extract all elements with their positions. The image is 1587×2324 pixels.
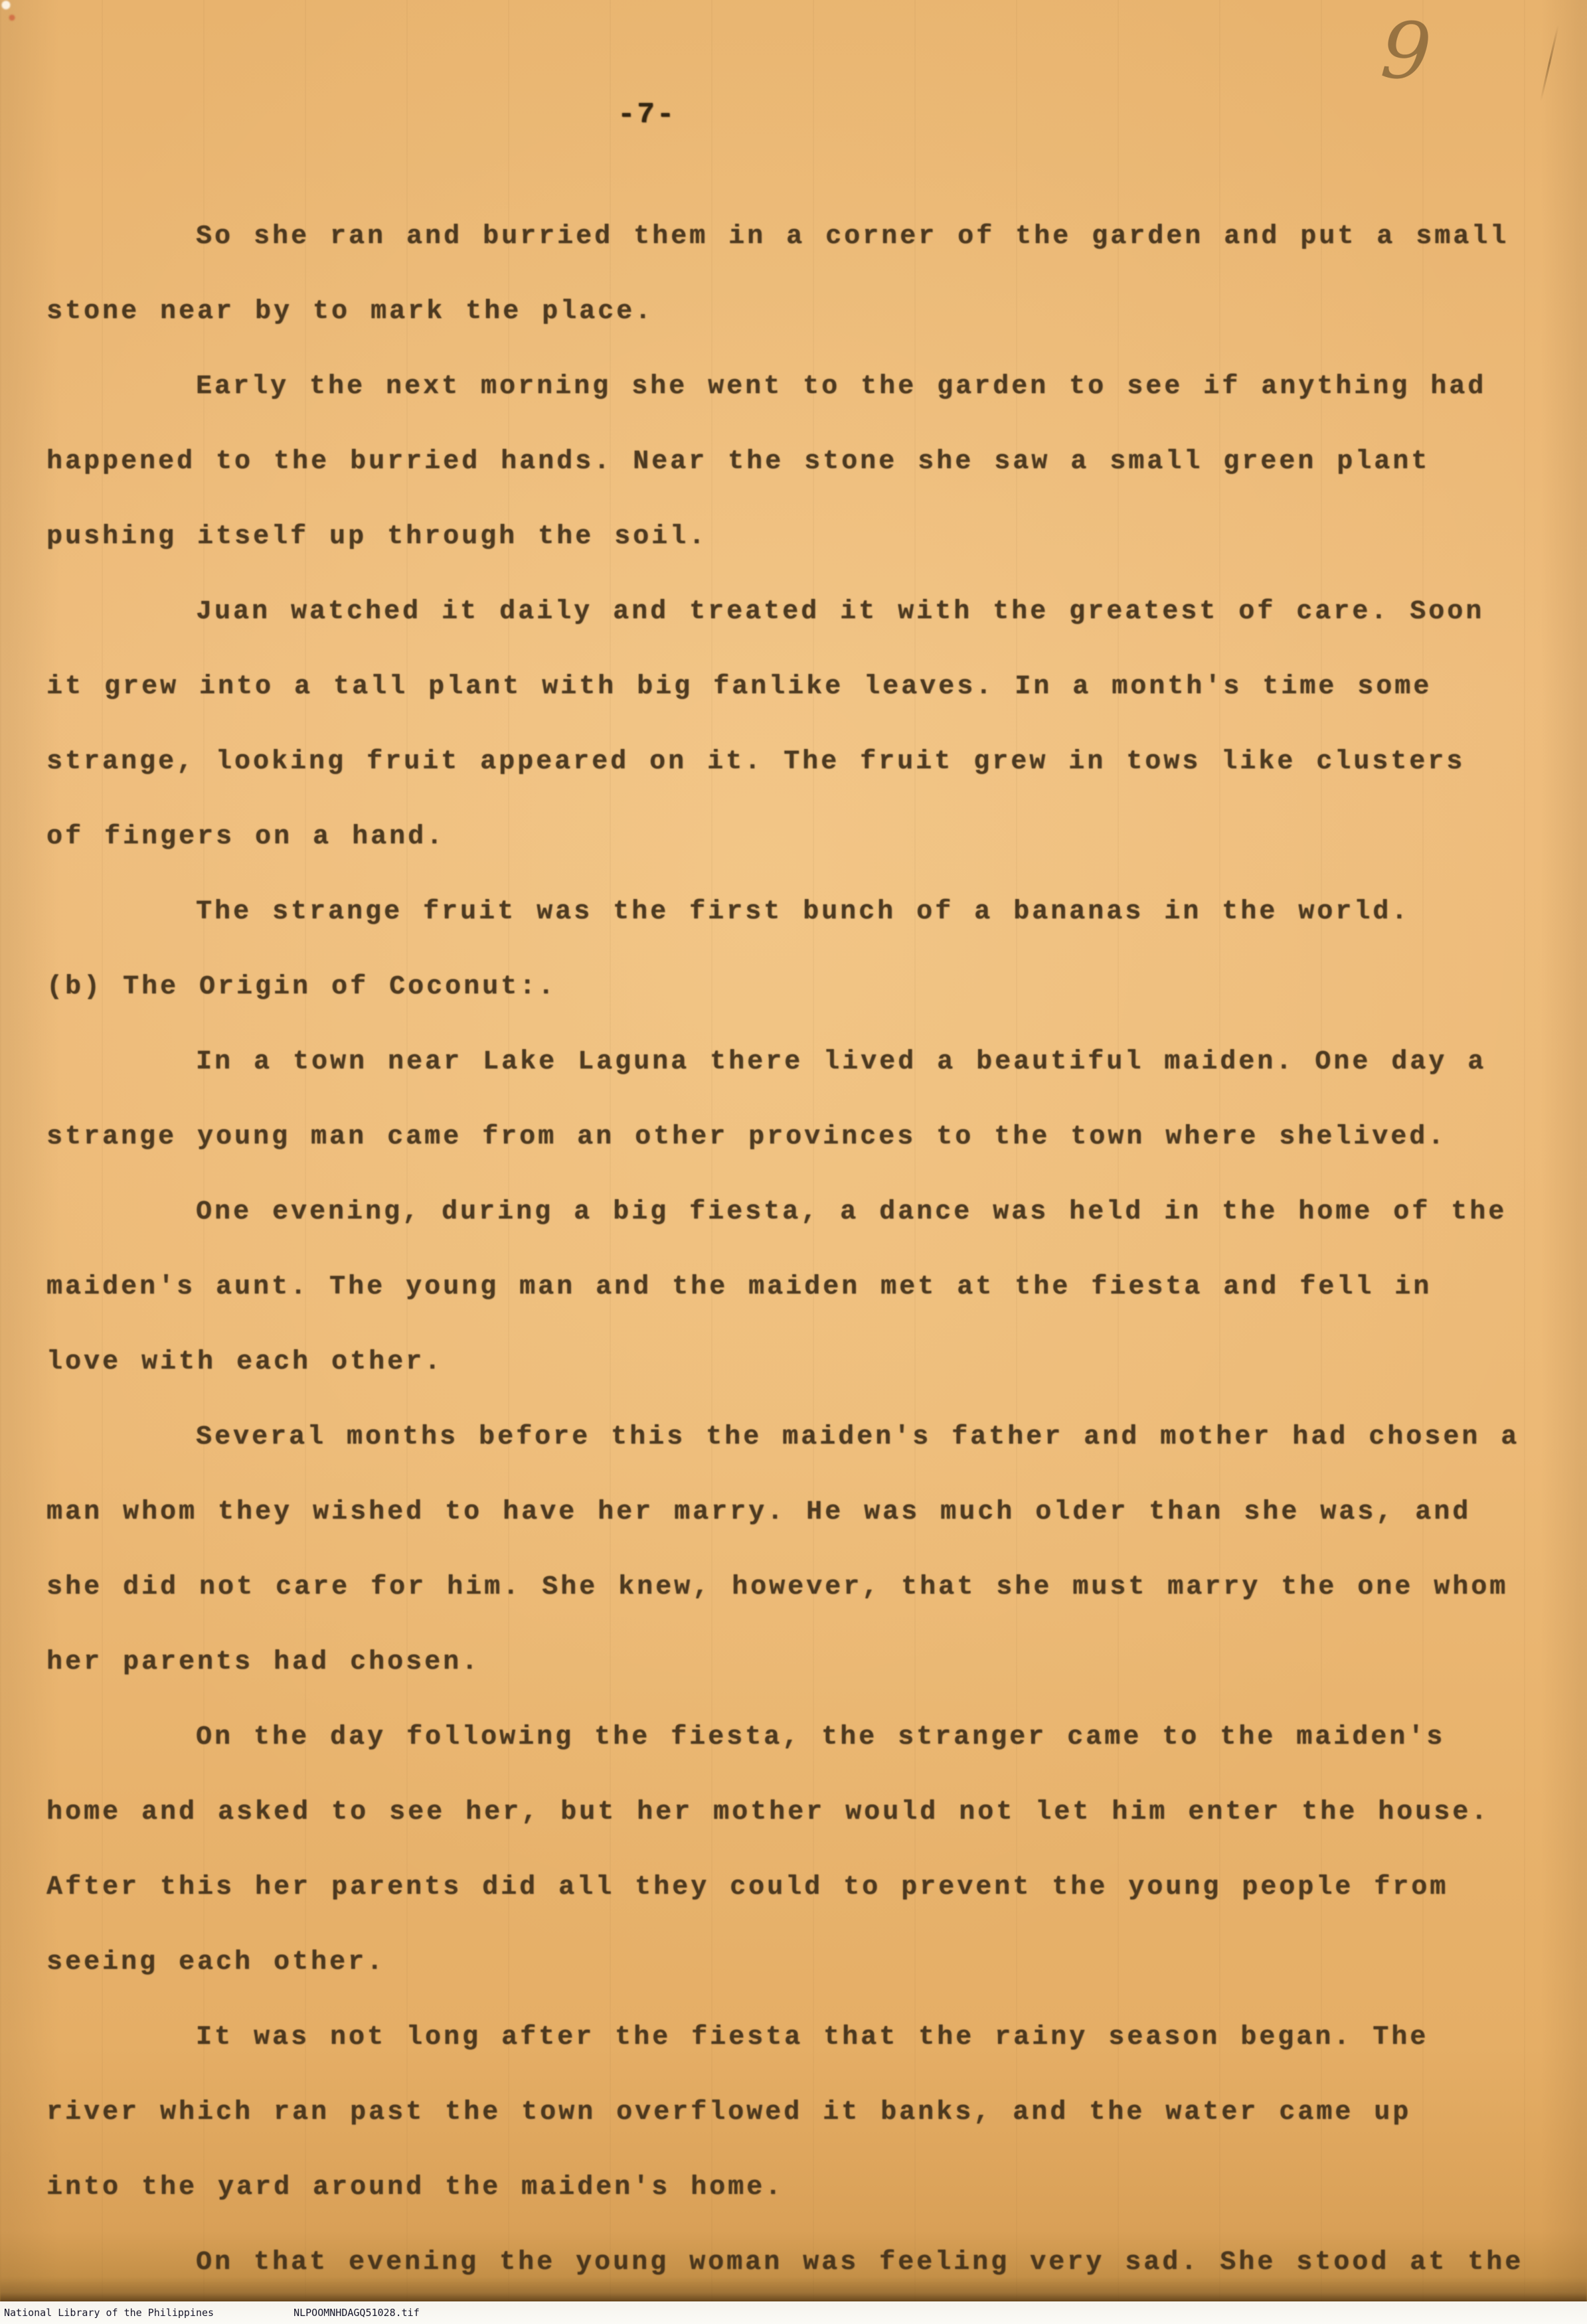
typed-line: it grew into a tall plant with big fanli… (46, 649, 1547, 724)
typed-line: stone near by to mark the place. (46, 274, 1547, 349)
typed-line: Several months before this the maiden's … (46, 1400, 1547, 1475)
typed-line: of fingers on a hand. (46, 799, 1547, 874)
page-number: -7- (618, 98, 676, 131)
typed-line: strange young man came from an other pro… (46, 1100, 1547, 1175)
typed-line: After this her parents did all they coul… (46, 1850, 1547, 1925)
typed-heading-line: (b) The Origin of Coconut:. (46, 950, 1547, 1025)
typed-line: home and asked to see her, but her mothe… (46, 1775, 1547, 1850)
typed-line: So she ran and burried them in a corner … (46, 199, 1547, 274)
typed-line: On the day following the fiesta, the str… (46, 1700, 1547, 1775)
typed-line: seeing each other. (46, 1925, 1547, 2000)
typed-line: In a town near Lake Laguna there lived a… (46, 1025, 1547, 1100)
typed-line: she did not care for him. She knew, howe… (46, 1550, 1547, 1625)
typed-line: her parents had chosen. (46, 1625, 1547, 1700)
typed-line: The strange fruit was the first bunch of… (46, 874, 1547, 950)
scanned-document-page: -7- 9 So she ran and burried them in a c… (0, 0, 1587, 2324)
scan-caption-bar: National Library of the Philippines NLPO… (0, 2301, 1587, 2324)
page-bottom-edge (0, 2278, 1587, 2303)
scan-filename: NLPOOMNHDAGQ51028.tif (293, 2307, 420, 2319)
typed-line: into the yard around the maiden's home. (46, 2150, 1547, 2225)
typed-line: love with each other. (46, 1325, 1547, 1400)
typed-line: man whom they wished to have her marry. … (46, 1475, 1547, 1550)
typed-line: river which ran past the town overflowed… (46, 2075, 1547, 2150)
typed-text-body: So she ran and burried them in a corner … (46, 199, 1547, 2300)
typed-line: pushing itself up through the soil. (46, 499, 1547, 574)
typed-line: Early the next morning she went to the g… (46, 349, 1547, 424)
library-caption: National Library of the Philippines (4, 2307, 214, 2319)
typed-line: happened to the burried hands. Near the … (46, 424, 1547, 499)
typed-line: maiden's aunt. The young man and the mai… (46, 1250, 1547, 1325)
typed-line: strange, looking fruit appeared on it. T… (46, 724, 1547, 799)
typed-line: It was not long after the fiesta that th… (46, 2000, 1547, 2075)
handwritten-folio-number: 9 (1378, 11, 1434, 92)
scan-corner-artifact (0, 0, 20, 25)
typed-line: One evening, during a big fiesta, a danc… (46, 1175, 1547, 1250)
typed-line: Juan watched it daily and treated it wit… (46, 574, 1547, 649)
paper-crease (1540, 25, 1559, 102)
